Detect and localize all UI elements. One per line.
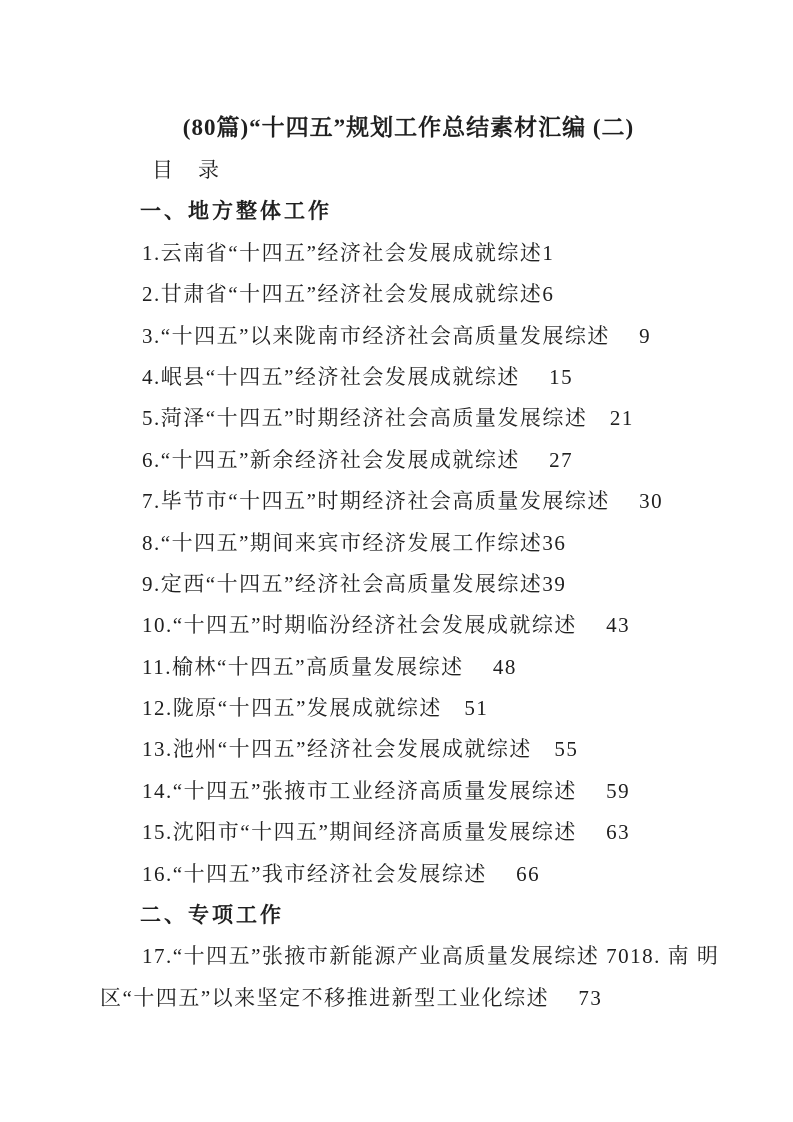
toc-item-13: 13.池州“十四五”经济社会发展成就综述 55 <box>100 729 717 770</box>
toc-item-1: 1.云南省“十四五”经济社会发展成就综述1 <box>100 233 717 274</box>
toc-label: 目 录 <box>100 150 717 191</box>
document-title: (80篇)“十四五”规划工作总结素材汇编 (二) <box>100 106 717 150</box>
toc-item-3: 3.“十四五”以来陇南市经济社会高质量发展综述 9 <box>100 316 717 357</box>
toc-item-12: 12.陇原“十四五”发展成就综述 51 <box>100 688 717 729</box>
toc-item-18-continuation-line: 区“十四五”以来坚定不移推进新型工业化综述 73 <box>100 978 717 1019</box>
section-2-heading: 二、专项工作 <box>100 895 717 936</box>
toc-item-16: 16.“十四五”我市经济社会发展综述 66 <box>100 854 717 895</box>
toc-item-10: 10.“十四五”时期临汾经济社会发展成就综述 43 <box>100 605 717 646</box>
page-content: (80篇)“十四五”规划工作总结素材汇编 (二) 目 录 一、地方整体工作 1.… <box>100 0 717 1019</box>
toc-item-6: 6.“十四五”新余经济社会发展成就综述 27 <box>100 440 717 481</box>
toc-item-8: 8.“十四五”期间来宾市经济发展工作综述36 <box>100 523 717 564</box>
toc-item-7: 7.毕节市“十四五”时期经济社会高质量发展综述 30 <box>100 481 717 522</box>
toc-item-9: 9.定西“十四五”经济社会高质量发展综述39 <box>100 564 717 605</box>
toc-item-4: 4.岷县“十四五”经济社会发展成就综述 15 <box>100 357 717 398</box>
section-1-heading: 一、地方整体工作 <box>100 191 717 232</box>
toc-item-11: 11.榆林“十四五”高质量发展综述 48 <box>100 647 717 688</box>
toc-item-5: 5.菏泽“十四五”时期经济社会高质量发展综述 21 <box>100 398 717 439</box>
toc-item-15: 15.沈阳市“十四五”期间经济高质量发展综述 63 <box>100 812 717 853</box>
toc-item-2: 2.甘肃省“十四五”经济社会发展成就综述6 <box>100 274 717 315</box>
toc-item-17-18-line-1: 17.“十四五”张掖市新能源产业高质量发展综述 7018. 南 明 <box>100 936 717 977</box>
toc-item-14: 14.“十四五”张掖市工业经济高质量发展综述 59 <box>100 771 717 812</box>
document-page: (80篇)“十四五”规划工作总结素材汇编 (二) 目 录 一、地方整体工作 1.… <box>0 0 793 1122</box>
